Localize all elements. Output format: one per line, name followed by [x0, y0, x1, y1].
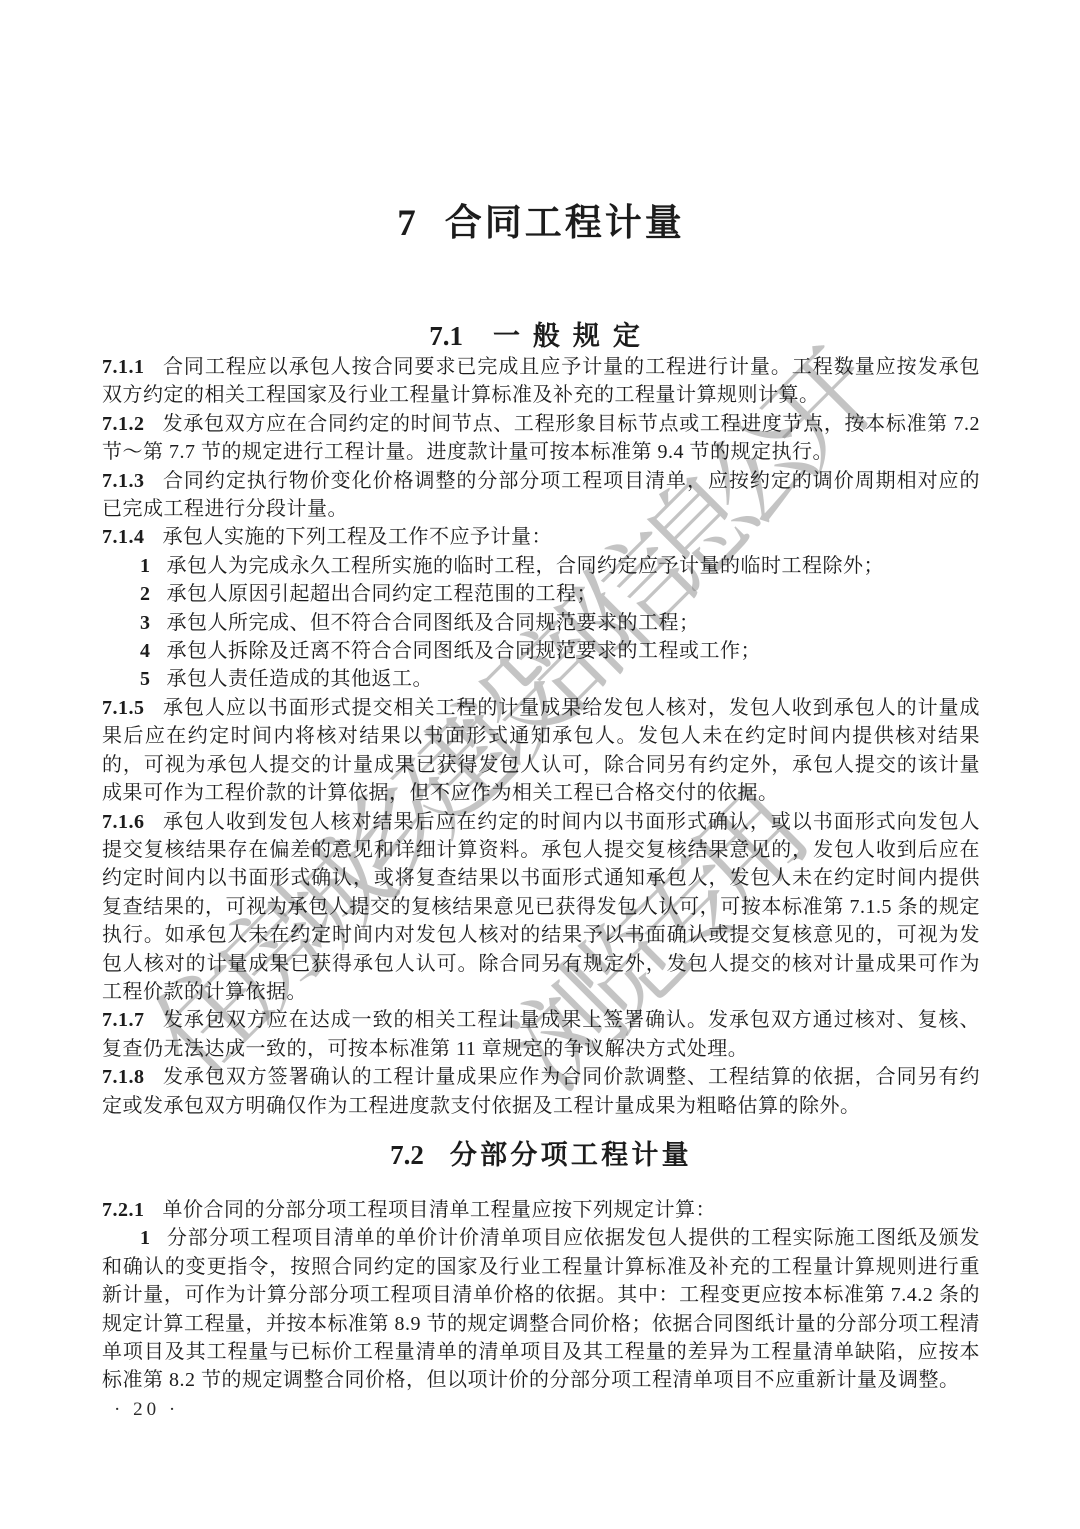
chapter-title: 7合同工程计量 — [102, 0, 980, 245]
section-7-2-heading: 7.2分部分项工程计量 — [102, 1138, 980, 1172]
clause-7-1-1: 7.1.1合同工程应以承包人按合同要求已完成且应予计量的工程进行计量。工程数量应… — [102, 353, 980, 410]
section-7-1-heading: 7.1一般规定 — [102, 319, 980, 353]
clause-number: 7.1.4 — [102, 526, 145, 548]
list-item-3: 3承包人所完成、但不符合合同图纸及合同规范要求的工程； — [102, 609, 980, 637]
item-number: 1 — [140, 1227, 151, 1249]
section-7-2-name: 分部分项工程计量 — [450, 1140, 692, 1170]
item-text: 承包人拆除及迁离不符合合同图纸及合同规范要求的工程或工作； — [167, 640, 762, 662]
clause-number: 7.1.1 — [102, 356, 145, 378]
page-content: 7合同工程计量 7.1一般规定 7.1.1合同工程应以承包人按合同要求已完成且应… — [102, 0, 980, 1395]
clause-text: 承包人应以书面形式提交相关工程的计量成果给发包人核对，发包人收到承包人的计量成果… — [102, 697, 980, 804]
clause-number: 7.1.7 — [102, 1009, 145, 1031]
section-7-1-name: 一般规定 — [493, 321, 653, 351]
chapter-title-text: 合同工程计量 — [445, 203, 685, 244]
item-number: 3 — [140, 612, 151, 634]
item-text: 承包人所完成、但不符合合同图纸及合同规范要求的工程； — [167, 612, 700, 634]
item-number: 1 — [140, 555, 151, 577]
list-item-1: 1承包人为完成永久工程所实施的临时工程，合同约定应予计量的临时工程除外； — [102, 552, 980, 580]
clause-7-2-1: 7.2.1单价合同的分部分项工程项目清单工程量应按下列规定计算： — [102, 1196, 980, 1224]
clause-text: 承包人实施的下列工程及工作不应予计量： — [163, 526, 553, 548]
clause-number: 7.1.6 — [102, 811, 145, 833]
clause-number: 7.1.3 — [102, 470, 145, 492]
list-item-5: 5承包人责任造成的其他返工。 — [102, 665, 980, 693]
clause-7-1-4: 7.1.4承包人实施的下列工程及工作不应予计量： — [102, 523, 980, 551]
clause-number: 7.1.5 — [102, 697, 145, 719]
item-number: 4 — [140, 640, 151, 662]
list-item-4: 4承包人拆除及迁离不符合合同图纸及合同规范要求的工程或工作； — [102, 637, 980, 665]
document-page: 住房城乡建设部信息公开 浏览专用 7合同工程计量 7.1一般规定 7.1.1合同… — [0, 0, 1080, 1529]
page-number: · 20 · — [114, 1399, 179, 1421]
list-item-2: 2承包人原因引起超出合同约定工程范围的工程； — [102, 580, 980, 608]
clause-number: 7.1.8 — [102, 1066, 145, 1088]
clause-text: 发承包双方应在合同约定的时间节点、工程形象目标节点或工程进度节点，按本标准第 7… — [102, 413, 980, 463]
clause-7-1-6: 7.1.6承包人收到发包人核对结果后应在约定的时间内以书面形式确认，或以书面形式… — [102, 808, 980, 1007]
clause-7-1-3: 7.1.3合同约定执行物价变化价格调整的分部分项工程项目清单，应按约定的调价周期… — [102, 467, 980, 524]
clause-text: 合同约定执行物价变化价格调整的分部分项工程项目清单，应按约定的调价周期相对应的已… — [102, 470, 980, 520]
item-text: 承包人原因引起超出合同约定工程范围的工程； — [167, 583, 598, 605]
item-text: 分部分项工程项目清单的单价计价清单项目应依据发包人提供的工程实际施工图纸及颁发和… — [102, 1227, 980, 1391]
clause-text: 发承包双方签署确认的工程计量成果应作为合同价款调整、工程结算的依据，合同另有约定… — [102, 1066, 980, 1116]
clause-number: 7.2.1 — [102, 1199, 145, 1221]
clause-7-1-7: 7.1.7发承包双方应在达成一致的相关工程计量成果上签署确认。发承包双方通过核对… — [102, 1006, 980, 1063]
clause-7-1-2: 7.1.2发承包双方应在合同约定的时间节点、工程形象目标节点或工程进度节点，按本… — [102, 410, 980, 467]
clause-7-1-8: 7.1.8发承包双方签署确认的工程计量成果应作为合同价款调整、工程结算的依据，合… — [102, 1063, 980, 1120]
chapter-number: 7 — [397, 203, 419, 244]
clause-text: 合同工程应以承包人按合同要求已完成且应予计量的工程进行计量。工程数量应按发承包双… — [102, 356, 980, 406]
item-text: 承包人为完成永久工程所实施的临时工程，合同约定应予计量的临时工程除外； — [167, 555, 885, 577]
item-number: 5 — [140, 668, 151, 690]
clause-number: 7.1.2 — [102, 413, 145, 435]
item-text: 承包人责任造成的其他返工。 — [167, 668, 434, 690]
clause-7-1-5: 7.1.5承包人应以书面形式提交相关工程的计量成果给发包人核对，发包人收到承包人… — [102, 694, 980, 808]
section-7-2-number: 7.2 — [390, 1140, 424, 1170]
item-number: 2 — [140, 583, 151, 605]
list-item-7-2-1-1: 1分部分项工程项目清单的单价计价清单项目应依据发包人提供的工程实际施工图纸及颁发… — [102, 1224, 980, 1394]
clause-text: 承包人收到发包人核对结果后应在约定的时间内以书面形式确认，或以书面形式向发包人提… — [102, 811, 980, 1003]
clause-text: 单价合同的分部分项工程项目清单工程量应按下列规定计算： — [163, 1199, 717, 1221]
section-7-1-number: 7.1 — [429, 321, 463, 351]
clause-text: 发承包双方应在达成一致的相关工程计量成果上签署确认。发承包双方通过核对、复核、复… — [102, 1009, 980, 1059]
